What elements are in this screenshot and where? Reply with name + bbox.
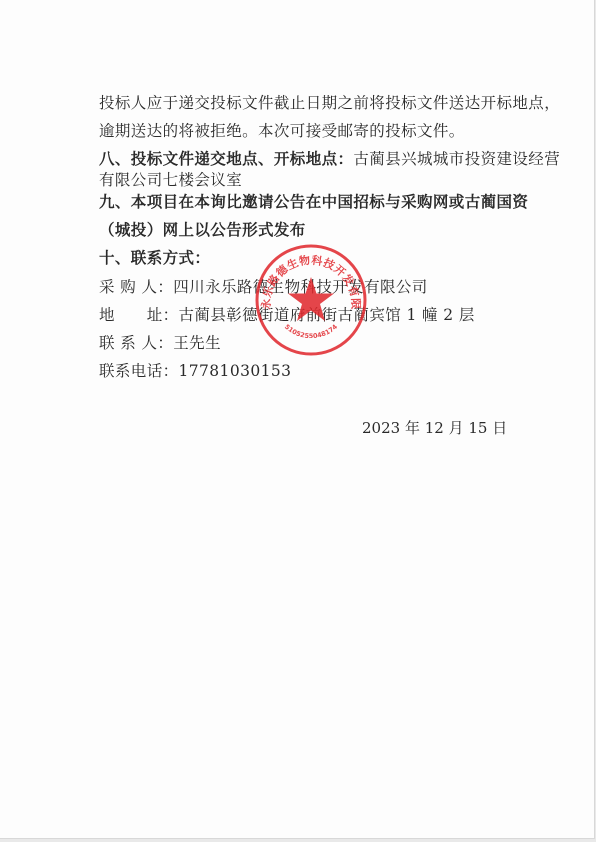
section-8-line-2: 有限公司七楼会议室 [99, 170, 242, 190]
section-10-heading: 十、联系方式： [99, 248, 210, 268]
contact-label: 联 系 人： [99, 333, 173, 353]
contact-label: 地 址： [99, 305, 179, 325]
section-9-line-1: 九、本项目在本询比邀请公告在中国招标与采购网或古蔺国资 [99, 192, 528, 212]
contact-value: 四川永乐路德生物科技开发有限公司 [173, 278, 427, 296]
contact-value: 古蔺县彰德街道府前街古蔺宾馆 1 幢 2 层 [179, 306, 475, 324]
contact-label: 采 购 人： [99, 277, 173, 297]
contact-value: 17781030153 [179, 362, 292, 380]
company-seal-icon: 四川永乐路德生物科技开发有限公司 5105255048174 [254, 243, 368, 357]
seal-code: 5105255048174 [283, 322, 339, 340]
svg-text:5105255048174: 5105255048174 [283, 322, 339, 340]
section-8-line-1: 八、投标文件递交地点、开标地点：古蔺县兴城城市投资建设经营 [99, 149, 560, 169]
contact-address: 地 址：古蔺县彰德街道府前街古蔺宾馆 1 幢 2 层 [99, 305, 475, 325]
contact-label: 联系电话： [99, 361, 179, 381]
contact-value: 王先生 [173, 334, 221, 352]
document-date: 2023 年 12 月 15 日 [362, 418, 507, 438]
section-8-heading: 八、投标文件递交地点、开标地点： [99, 149, 353, 168]
document-page: 投标人应于递交投标文件截止日期之前将投标文件送达开标地点， 逾期送达的将被拒绝。… [0, 0, 595, 839]
paragraph-line: 逾期送达的将被拒绝。本次可接受邮寄的投标文件。 [99, 121, 465, 141]
contact-person: 联 系 人：王先生 [99, 333, 221, 353]
contact-phone: 联系电话：17781030153 [99, 361, 291, 381]
section-8-body: 古蔺县兴城城市投资建设经营 [353, 150, 560, 168]
contact-purchaser: 采 购 人：四川永乐路德生物科技开发有限公司 [99, 277, 428, 297]
section-9-line-2: （城投）网上以公告形式发布 [99, 220, 306, 240]
paragraph-line: 投标人应于递交投标文件截止日期之前将投标文件送达开标地点， [99, 93, 560, 113]
